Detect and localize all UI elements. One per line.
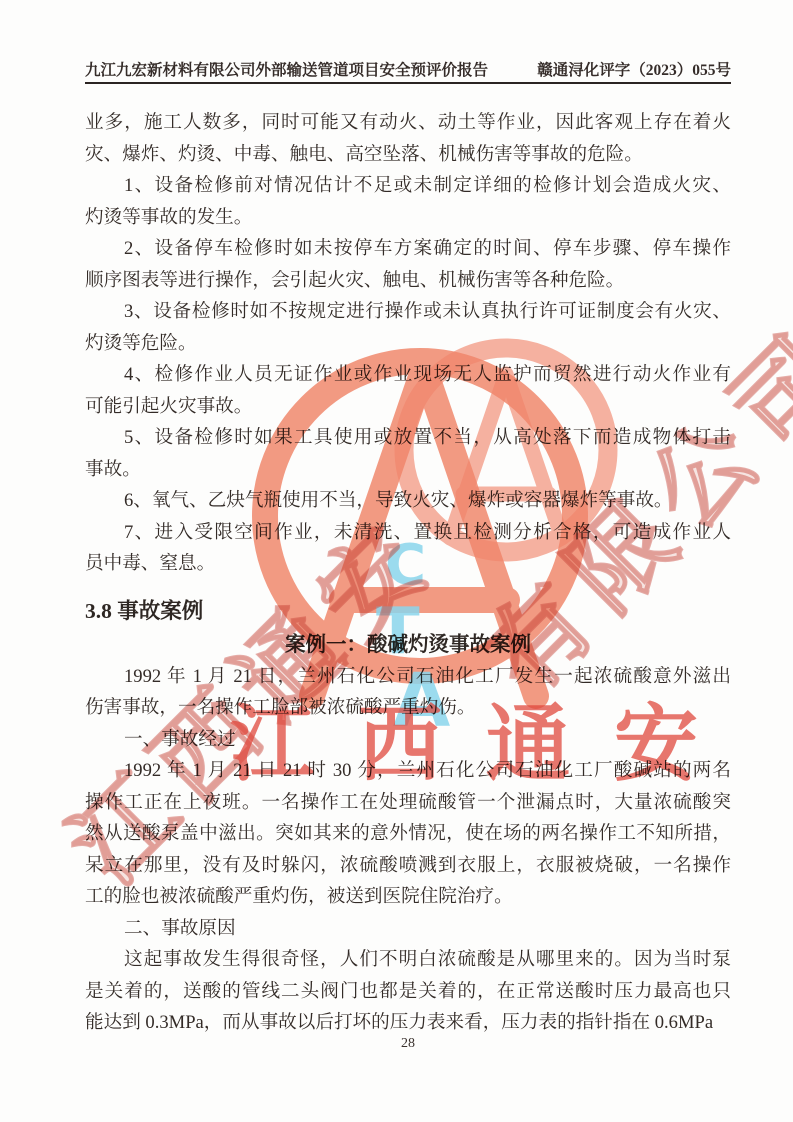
page-header: 九江九宏新材料有限公司外部输送管道项目安全预评价报告 赣通浔化评字（2023）0… <box>85 57 731 84</box>
text-line: 员中毒、窒息。 <box>85 548 731 580</box>
text-line: 顺序图表等进行操作，会引起火灾、触电、机械伤害等各种危险。 <box>85 265 731 297</box>
page-number: 28 <box>85 1036 731 1052</box>
text-line: 2、设备停车检修时如未按停车方案确定的时间、停车步骤、停车操作 <box>85 233 731 265</box>
text-line: 工的脸也被浓硫酸严重灼伤，被送到医院住院治疗。 <box>85 881 731 913</box>
section-heading: 3.8 事故案例 <box>85 593 731 629</box>
text-line: 5、设备检修时如果工具使用或放置不当，从高处落下而造成物体打击 <box>85 422 731 454</box>
document-page: 九江九宏新材料有限公司外部输送管道项目安全预评价报告 赣通浔化评字（2023）0… <box>0 0 793 1122</box>
text-line: 1、设备检修前对情况估计不足或未制定详细的检修计划会造成火灾、 <box>85 170 731 202</box>
text-line: 6、氧气、乙炔气瓶使用不当，导致火灾、爆炸或容器爆炸等事故。 <box>85 485 731 517</box>
text-line: 能达到 0.3MPa，而从事故以后打坏的压力表来看，压力表的指针指在 0.6MP… <box>85 1007 731 1039</box>
text-line: 灾、爆炸、灼烫、中毒、触电、高空坠落、机械伤害等事故的危险。 <box>85 139 731 171</box>
text-line: 二、事故原因 <box>85 913 731 945</box>
text-line: 灼烫等事故的发生。 <box>85 202 731 234</box>
text-line: 呆立在那里，没有及时躲闪，浓硫酸喷溅到衣服上，衣服被烧破，一名操作 <box>85 850 731 882</box>
header-report-title: 九江九宏新材料有限公司外部输送管道项目安全预评价报告 <box>85 58 488 80</box>
text-line: 业多，施工人数多，同时可能又有动火、动土等作业，因此客观上存在着火 <box>85 107 731 139</box>
text-line: 灼烫等危险。 <box>85 328 731 360</box>
text-line: 是关着的，送酸的管线二头阀门也都是关着的，在正常送酸时压力最高也只 <box>85 976 731 1008</box>
text-line: 3、设备检修时如不按规定进行操作或未认真执行许可证制度会有火灾、 <box>85 296 731 328</box>
case-title: 案例一：酸碱灼烫事故案例 <box>85 629 731 661</box>
text-line: 可能引起火灾事故。 <box>85 391 731 423</box>
document-body: 业多，施工人数多，同时可能又有动火、动土等作业，因此客观上存在着火灾、爆炸、灼烫… <box>85 107 731 1039</box>
text-line: 一、事故经过 <box>85 724 731 756</box>
text-line: 这起事故发生得很奇怪，人们不明白浓硫酸是从哪里来的。因为当时泵 <box>85 944 731 976</box>
text-line: 1992 年 1 月 21 日 21 时 30 分，兰州石化公司石油化工厂酸碱站… <box>85 755 731 787</box>
text-line: 然从送酸泵盖中滋出。突如其来的意外情况，使在场的两名操作工不知所措， <box>85 818 731 850</box>
text-line: 操作工正在上夜班。一名操作工在处理硫酸管一个泄漏点时，大量浓硫酸突 <box>85 787 731 819</box>
text-line: 事故。 <box>85 454 731 486</box>
text-line: 4、检修作业人员无证作业或作业现场无人监护而贸然进行动火作业有 <box>85 359 731 391</box>
text-line: 7、进入受限空间作业，未清洗、置换且检测分析合格，可造成作业人 <box>85 517 731 549</box>
text-line: 1992 年 1 月 21 日，兰州石化公司石油化工厂发生一起浓硫酸意外滋出 <box>85 661 731 693</box>
header-doc-number: 赣通浔化评字（2023）055号 <box>537 58 731 80</box>
text-line: 伤害事故，一名操作工脸部被浓硫酸严重灼伤。 <box>85 692 731 724</box>
